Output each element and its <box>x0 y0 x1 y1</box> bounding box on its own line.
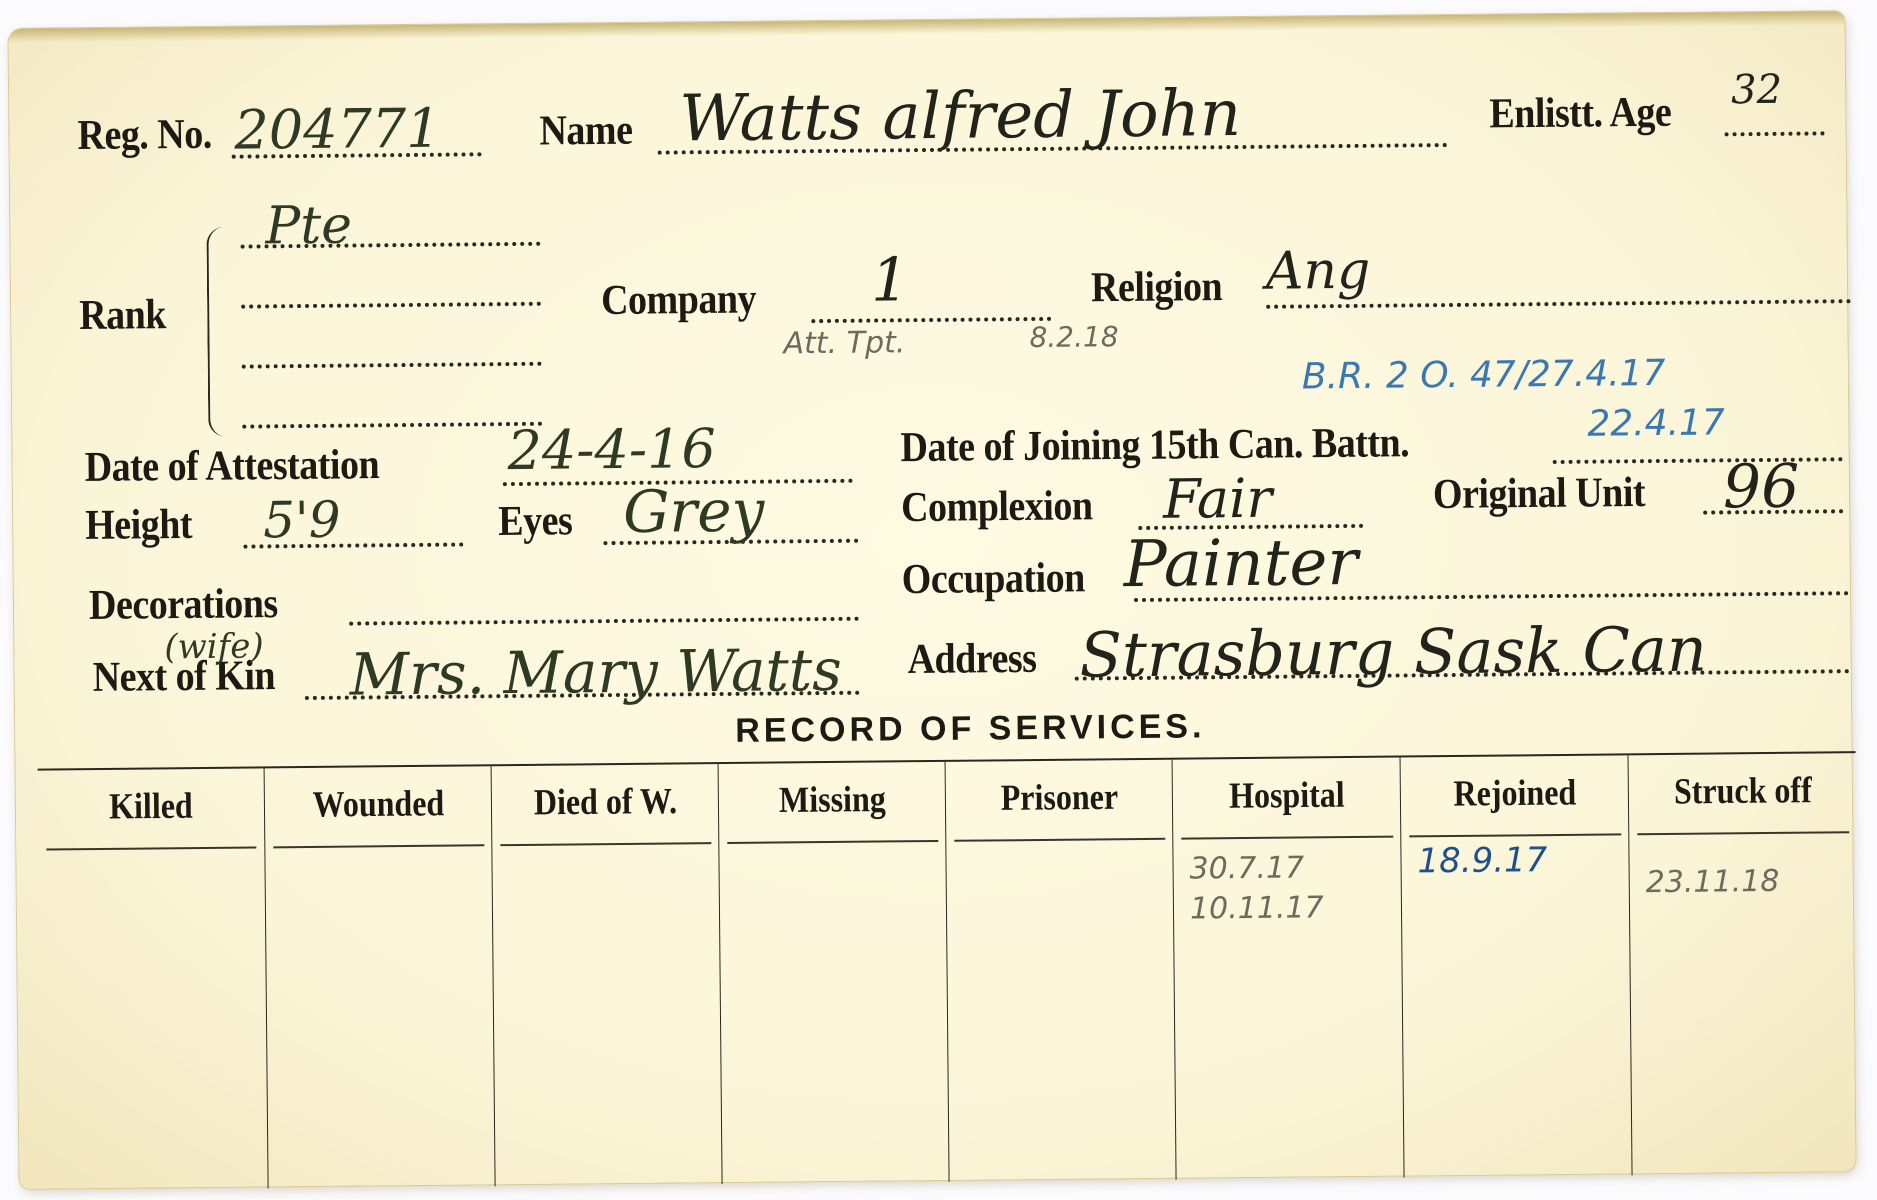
column-wounded: Wounded <box>264 766 496 1188</box>
joining-label: Date of Joining 15th Can. Battn. <box>900 418 1409 472</box>
column-prisoner: Prisoner <box>945 760 1177 1182</box>
header-rule <box>46 846 256 850</box>
rank-line-3 <box>242 362 542 369</box>
name-value: Watts alfred John <box>679 77 1241 156</box>
rank-value: Pte <box>265 196 352 257</box>
column-header: Missing <box>719 777 946 822</box>
enlist-age-value: 32 <box>1731 67 1782 113</box>
header-rule <box>1409 833 1621 837</box>
company-annotation: Att. Tpt. <box>783 325 905 361</box>
column-missing: Missing <box>718 762 950 1184</box>
height-label: Height <box>85 500 192 550</box>
address-value: Strasburg Sask Can <box>1079 613 1707 692</box>
service-record-card: Reg. No. 204771 Name Watts alfred John E… <box>8 11 1855 1189</box>
column-died-of-wounds: Died of W. <box>491 764 723 1186</box>
complexion-label: Complexion <box>901 481 1093 532</box>
company-dots <box>811 317 1051 323</box>
header-rule <box>727 840 938 844</box>
religion-label: Religion <box>1091 262 1223 313</box>
header-rule <box>1181 836 1393 840</box>
struck-off-entry: 23.11.18 <box>1646 864 1780 900</box>
joining-value: 22.4.17 <box>1587 402 1725 444</box>
occupation-value: Painter <box>1123 526 1358 602</box>
eyes-label: Eyes <box>498 496 572 546</box>
reg-no-label: Reg. No. <box>77 110 212 161</box>
complexion-value: Fair <box>1163 467 1273 531</box>
address-label: Address <box>907 634 1036 685</box>
original-unit-value: 96 <box>1723 452 1800 523</box>
name-label: Name <box>539 106 632 156</box>
decorations-label: Decorations <box>89 579 278 630</box>
rank-brace <box>206 227 232 437</box>
header-rule <box>500 842 711 846</box>
attestation-value: 24-4-16 <box>507 417 716 482</box>
original-unit-label: Original Unit <box>1433 468 1645 519</box>
record-table: Killed Wounded Died of W. Missing Prison… <box>38 751 1860 1190</box>
company-annotation-date: 8.2.18 <box>1029 320 1118 354</box>
column-struck-off: Struck off 23.11.18 <box>1628 753 1861 1175</box>
company-value: 1 <box>871 245 910 315</box>
next-of-kin-relation: (wife) <box>164 626 264 667</box>
header-rule <box>1637 831 1849 835</box>
column-rejoined: Rejoined 18.9.17 <box>1400 755 1633 1177</box>
rank-label: Rank <box>79 290 166 340</box>
column-hospital: Hospital 30.7.17 10.11.17 <box>1172 758 1405 1180</box>
hospital-entry-2: 10.11.17 <box>1190 890 1324 926</box>
joining-dots <box>1553 457 1843 464</box>
record-title: RECORD OF SERVICES. <box>735 707 1206 751</box>
column-header: Rejoined <box>1401 771 1629 816</box>
column-killed: Killed <box>38 768 268 1190</box>
attestation-label: Date of Attestation <box>84 440 379 492</box>
height-value: 5'9 <box>263 491 341 550</box>
decorations-dots <box>349 617 859 626</box>
religion-value: Ang <box>1266 241 1371 302</box>
column-header: Struck off <box>1629 768 1857 813</box>
column-header: Hospital <box>1173 773 1401 818</box>
column-header: Died of W. <box>492 779 719 824</box>
company-label: Company <box>601 274 756 325</box>
rank-line-4 <box>242 422 542 429</box>
hospital-entry-1: 30.7.17 <box>1189 850 1304 886</box>
enlist-age-label: Enlistt. Age <box>1489 88 1671 139</box>
column-header: Wounded <box>265 781 492 826</box>
rank-line-2 <box>241 302 541 309</box>
column-header: Killed <box>38 784 264 829</box>
rejoined-entry: 18.9.17 <box>1417 840 1547 881</box>
joining-note: B.R. 2 O. 47/27.4.17 <box>1302 353 1666 397</box>
occupation-label: Occupation <box>902 553 1085 604</box>
eyes-value: Grey <box>623 477 765 546</box>
header-rule <box>273 844 484 848</box>
reg-no-value: 204771 <box>234 97 441 162</box>
header-rule <box>954 838 1165 842</box>
column-header: Prisoner <box>946 775 1173 820</box>
enlist-age-dots <box>1725 131 1825 136</box>
next-of-kin-value: Mrs. Mary Watts <box>349 636 842 709</box>
